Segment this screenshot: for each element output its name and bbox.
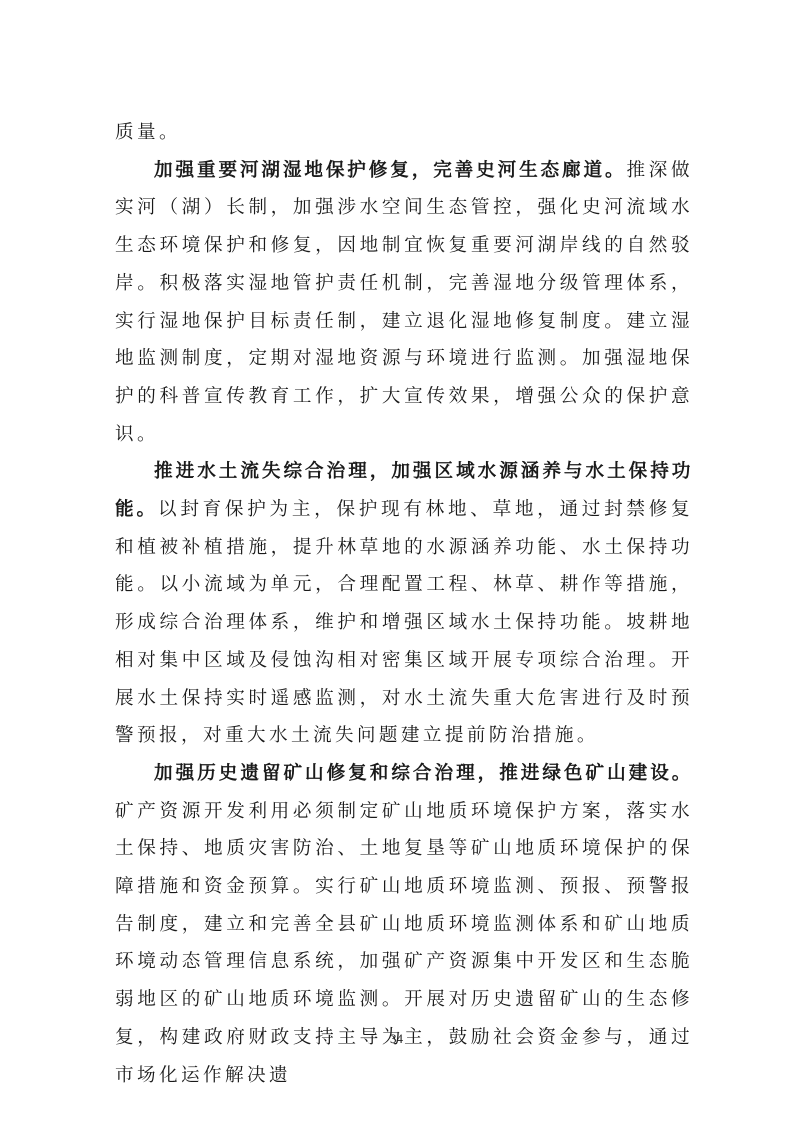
document-page-body: 质量。 加强重要河湖湿地保护修复，完善史河生态廊道。推深做实河（湖）长制，加强涉… (115, 114, 693, 1094)
paragraph-heading: 加强历史遗留矿山修复和综合治理，推进绿色矿山建设。 (154, 763, 693, 784)
paragraph-soil-erosion: 推进水土流失综合治理，加强区域水源涵养与水土保持功能。以封育保护为主，保护现有林… (115, 453, 693, 755)
paragraph-text: 推深做实河（湖）长制，加强涉水空间生态管控，强化史河流域水生态环境保护和修复，因… (115, 160, 693, 445)
paragraph-text: 以封育保护为主，保护现有林地、草地，通过封禁修复和植被补植措施，提升林草地的水源… (115, 499, 693, 746)
page-number: 34 (0, 1031, 793, 1047)
paragraph-continuation: 质量。 (115, 114, 693, 152)
paragraph-text: 质量。 (115, 122, 181, 143)
paragraph-wetland-protection: 加强重要河湖湿地保护修复，完善史河生态廊道。推深做实河（湖）长制，加强涉水空间生… (115, 152, 693, 454)
paragraph-heading: 加强重要河湖湿地保护修复，完善史河生态廊道。 (154, 160, 626, 181)
